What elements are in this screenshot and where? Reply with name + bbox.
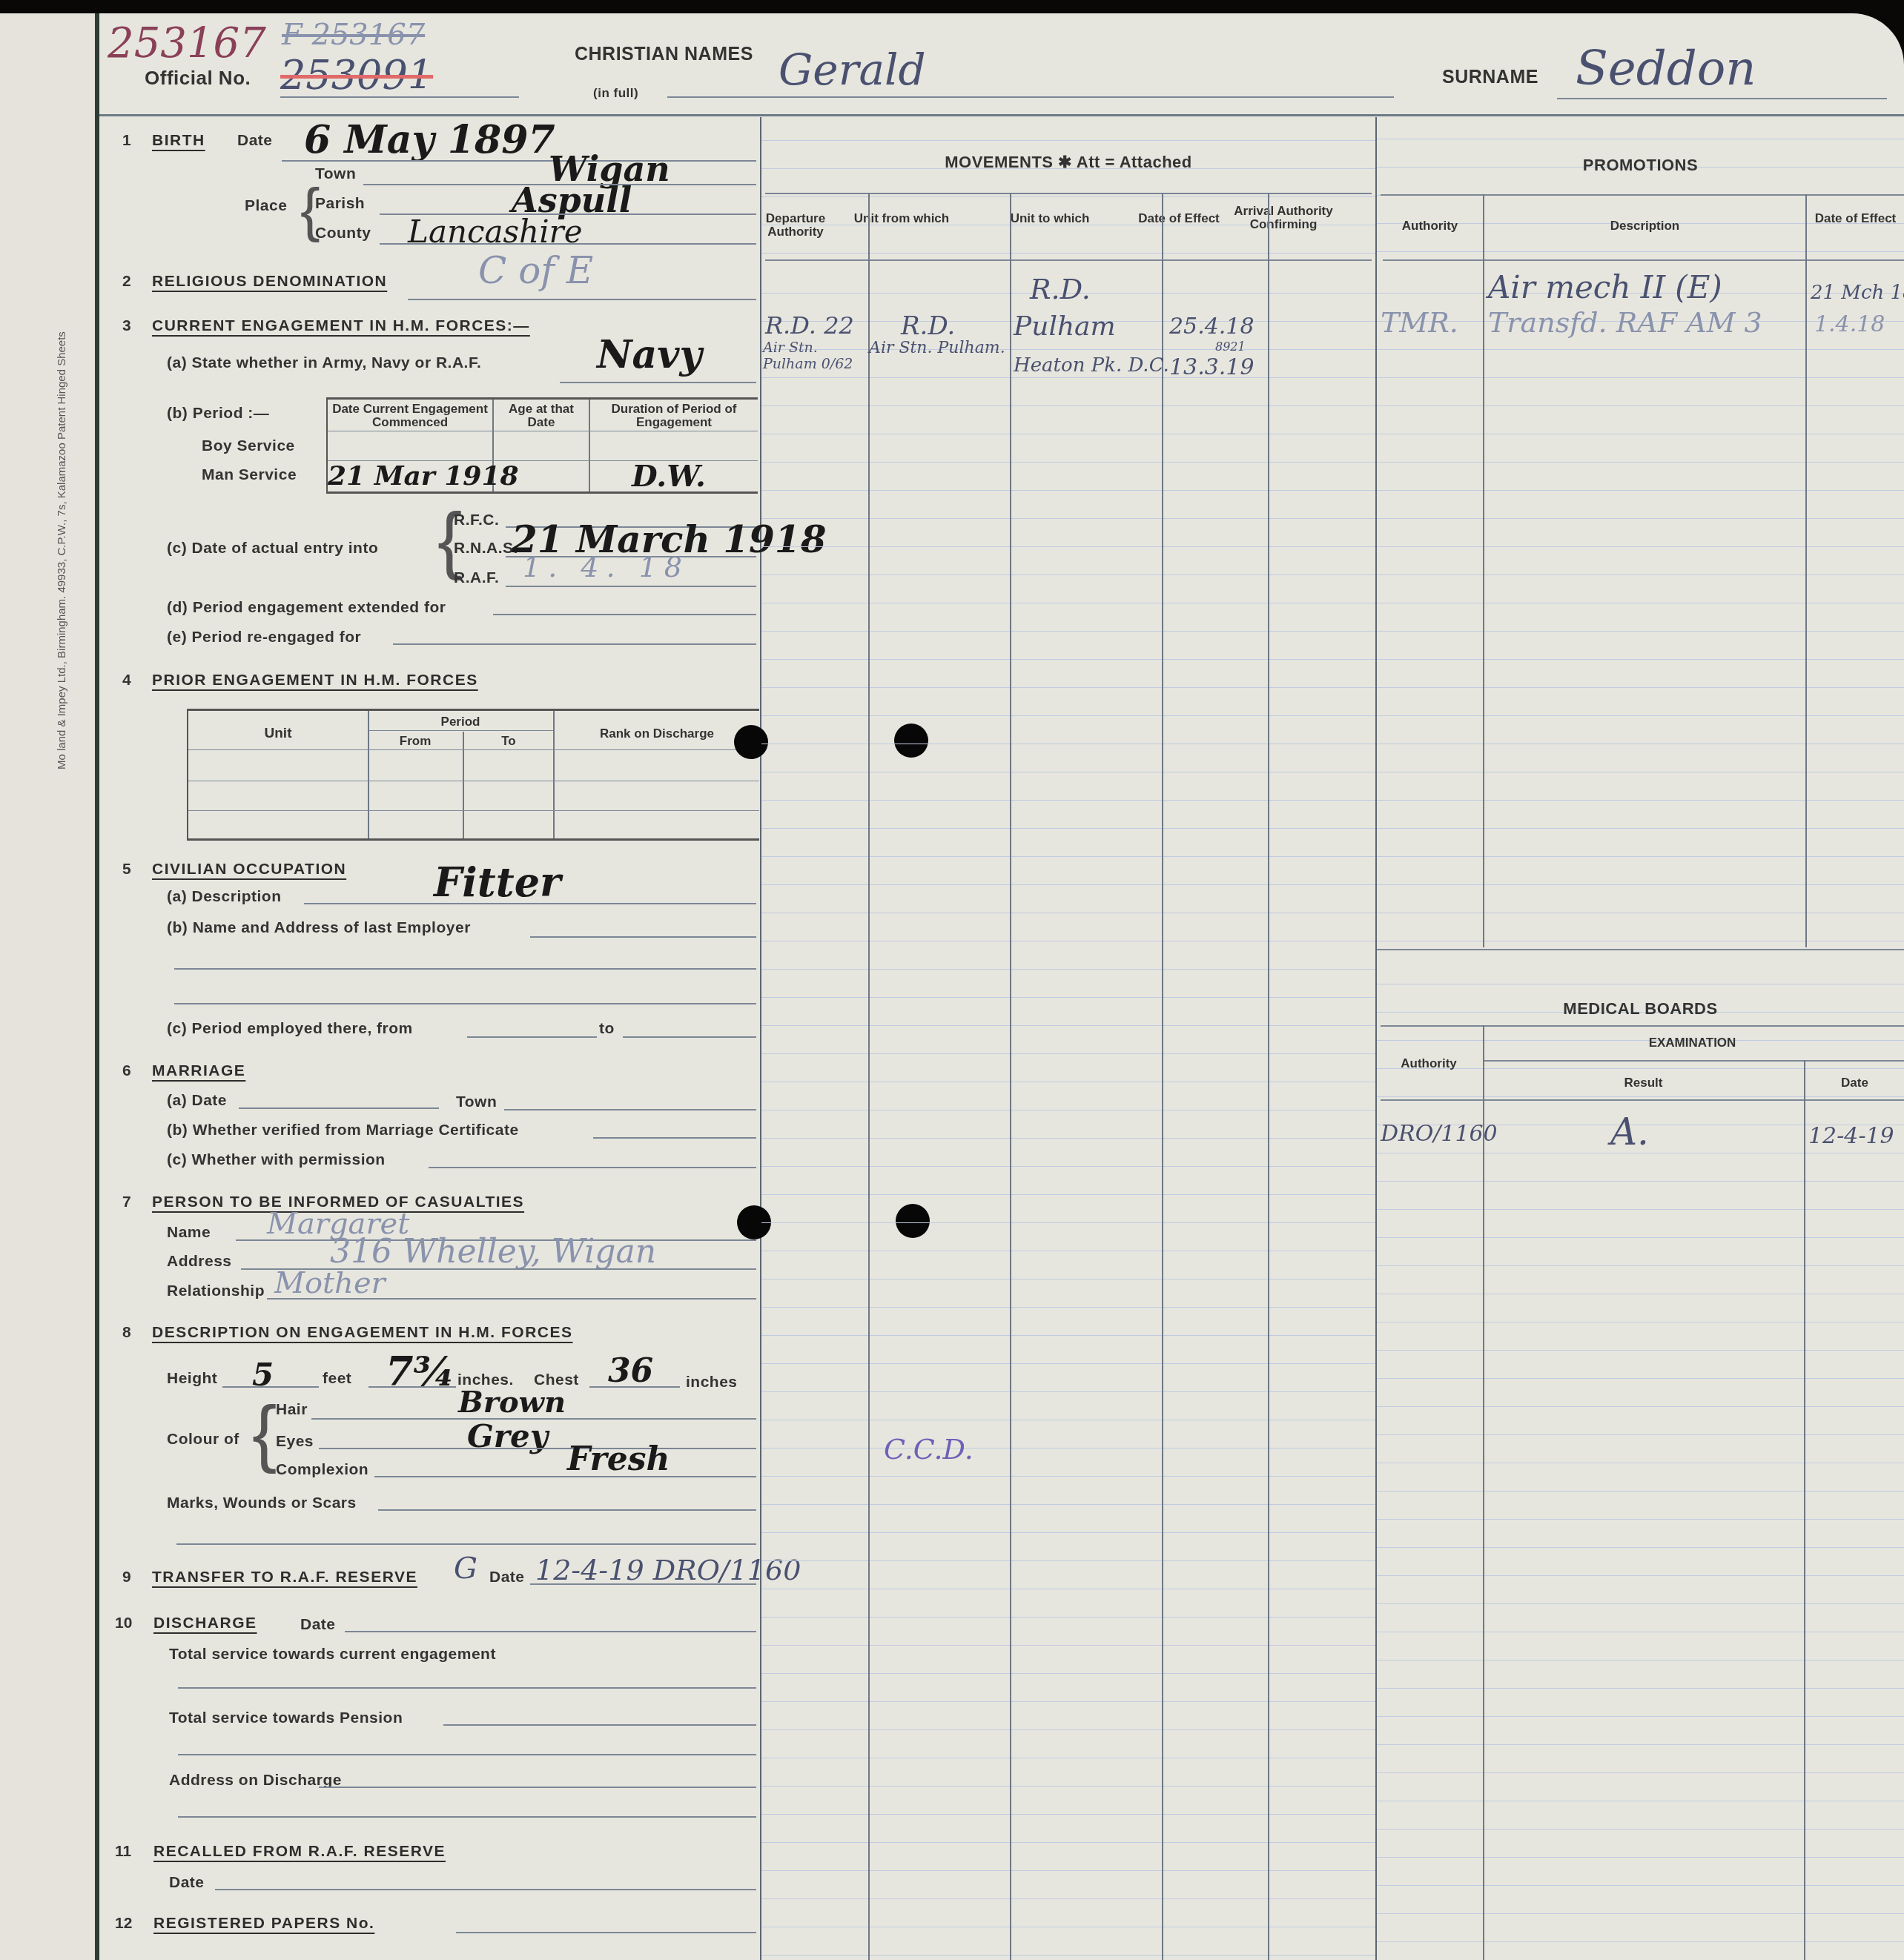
- section-number: 4: [122, 672, 131, 689]
- table-divider: [463, 732, 464, 838]
- marriage-town-line: [504, 1109, 756, 1110]
- medical-boards-panel: MEDICAL BOARDS EXAMINATION Authority Res…: [1377, 949, 1904, 1960]
- col-age: Age at that Date: [494, 403, 589, 429]
- marriage-verified-line: [593, 1137, 756, 1139]
- col-examination: EXAMINATION: [1481, 1036, 1904, 1050]
- promotions-title-rule: [1381, 194, 1904, 196]
- col-promotion-authority: Authority: [1377, 219, 1483, 233]
- boy-service-label: Boy Service: [202, 437, 295, 455]
- reserve-class-value: G: [454, 1552, 477, 1586]
- official-no-value: 253091: [280, 52, 433, 99]
- col-to: To: [464, 735, 553, 748]
- eyes-line: [319, 1448, 756, 1449]
- col-medical-date: Date: [1805, 1076, 1904, 1090]
- discharge-address-line: [319, 1787, 756, 1788]
- medical-row-date: 12-4-19: [1808, 1123, 1894, 1149]
- col-medical-authority: Authority: [1377, 1057, 1481, 1070]
- raf-label: R.A.F.: [454, 569, 499, 587]
- chest-line: [589, 1386, 680, 1388]
- contact-address-label: Address: [167, 1253, 232, 1271]
- service-branch-value: Navy: [597, 332, 702, 377]
- registered-papers-heading: REGISTERED PAPERS No.: [153, 1915, 374, 1933]
- registered-papers-line: [456, 1932, 756, 1933]
- contact-address-value: 316 Whelley, Wigan: [330, 1233, 656, 1271]
- religion-line: [408, 299, 756, 300]
- section-number: 3: [122, 317, 131, 335]
- description-heading: DESCRIPTION ON ENGAGEMENT IN H.M. FORCES: [152, 1324, 573, 1342]
- medical-row-result: A.: [1610, 1110, 1649, 1153]
- contact-relationship-value: Mother: [274, 1266, 386, 1300]
- official-no-underline: [280, 96, 519, 98]
- contact-relationship-label: Relationship: [167, 1282, 265, 1300]
- height-inches-value: 7¾: [386, 1348, 455, 1395]
- marriage-verified-label: (b) Whether verified from Marriage Certi…: [167, 1122, 519, 1139]
- extended-line: [493, 614, 756, 615]
- current-engagement-heading: CURRENT ENGAGEMENT IN H.M. FORCES:—: [152, 317, 530, 335]
- section-number: 2: [122, 273, 131, 291]
- occupation-line: [304, 903, 756, 904]
- height-label: Height: [167, 1370, 217, 1388]
- brace-icon: {: [252, 1396, 277, 1470]
- discharge-heading: DISCHARGE: [153, 1615, 257, 1632]
- medical-boards-title: MEDICAL BOARDS: [1377, 999, 1904, 1019]
- feet-label: feet: [323, 1370, 351, 1388]
- marriage-date-line: [239, 1108, 439, 1109]
- complexion-label: Complexion: [276, 1461, 368, 1479]
- christian-names-label: CHRISTIAN NAMES: [575, 44, 708, 64]
- movements-title-rule: [765, 193, 1372, 194]
- occupation-description-value: Fitter: [434, 858, 561, 906]
- movement-row-1-to: R.D.: [1030, 273, 1091, 305]
- promotion-row-1-date: 21 Mch 18: [1811, 282, 1904, 304]
- movement-row-3-from: Air Stn. Pulham.: [869, 340, 1010, 357]
- promotion-row-2-date: 1.4.18: [1814, 311, 1885, 337]
- town-label: Town: [315, 165, 356, 183]
- complexion-line: [374, 1476, 756, 1477]
- place-label: Place: [245, 197, 287, 215]
- printer-imprint: Mo land & Impey Ltd., Birmingham. 49933,…: [56, 331, 68, 769]
- medical-header-rule: [1381, 1099, 1904, 1101]
- section-number: 1: [122, 132, 131, 150]
- discharge-date-label: Date: [300, 1616, 336, 1634]
- to-line: [623, 1036, 756, 1038]
- period-label: (b) Period :—: [167, 405, 269, 423]
- birth-heading: BIRTH: [152, 132, 205, 150]
- inches-line: [368, 1386, 456, 1388]
- recalled-date-line: [215, 1889, 756, 1890]
- christian-names-underline: [667, 96, 1394, 98]
- man-service-commenced: 21 Mar 1918: [328, 460, 519, 491]
- col-divider: [1483, 194, 1484, 947]
- col-date-commenced: Date Current Engagement Commenced: [328, 403, 492, 429]
- promotions-panel: PROMOTIONS Authority Description Date of…: [1377, 117, 1904, 947]
- medical-top-rule: [1377, 949, 1904, 950]
- section-number: 12: [115, 1915, 132, 1933]
- religion-value: C of E: [478, 249, 593, 292]
- colour-of-label: Colour of: [167, 1431, 239, 1449]
- col-duration: Duration of Period of Engagement: [590, 403, 758, 429]
- employment-period-label: (c) Period employed there, from: [167, 1020, 413, 1038]
- table-divider: [553, 711, 555, 838]
- last-employer-label: (b) Name and Address of last Employer: [167, 919, 471, 937]
- birth-date-value: 6 May 1897: [304, 117, 555, 162]
- reengaged-line: [393, 643, 756, 645]
- contact-name-label: Name: [167, 1224, 211, 1242]
- col-divider: [1804, 1060, 1805, 1960]
- rnas-label: R.N.A.S.: [454, 540, 518, 557]
- col-divider: [1483, 1025, 1484, 1960]
- col-divider: [1805, 194, 1807, 947]
- marriage-permission-label: (c) Whether with permission: [167, 1151, 386, 1169]
- service-record-card: Mo land & Impey Ltd., Birmingham. 49933,…: [0, 13, 1904, 1960]
- official-no-label: Official No.: [145, 67, 251, 90]
- service-branch-label: (a) State whether in Army, Navy or R.A.F…: [167, 354, 481, 372]
- county-line: [380, 243, 756, 245]
- marriage-town-label: Town: [456, 1093, 497, 1111]
- spine-line: [95, 13, 99, 1960]
- feet-line: [222, 1386, 319, 1388]
- recalled-date-label: Date: [169, 1874, 205, 1892]
- parish-label: Parish: [315, 195, 365, 213]
- section-number: 7: [122, 1193, 131, 1211]
- occupation-description-label: (a) Description: [167, 888, 282, 906]
- extended-label: (d) Period engagement extended for: [167, 599, 446, 617]
- surname-underline: [1557, 98, 1887, 99]
- col-divider: [868, 193, 870, 1960]
- employer-line-3: [174, 1003, 756, 1004]
- movement-row-3-departure: Air Stn. Pulham 0/62: [763, 340, 867, 372]
- section-number: 6: [122, 1062, 131, 1080]
- col-promotion-description: Description: [1484, 219, 1805, 233]
- col-unit-to: Unit to which: [974, 212, 1126, 225]
- birth-date-label: Date: [237, 132, 273, 150]
- discharge-address-label: Address on Discharge: [169, 1772, 342, 1790]
- promotions-title: PROMOTIONS: [1377, 156, 1904, 175]
- col-period: Period: [368, 715, 553, 729]
- surname-label: SURNAME: [1442, 67, 1538, 88]
- promotion-row-1-description: Air mech II (E): [1488, 269, 1722, 305]
- transfer-date-line: [530, 1583, 756, 1585]
- transfer-reserve-heading: TRANSFER TO R.A.F. RESERVE: [152, 1569, 417, 1586]
- col-promotion-date: Date of Effect: [1807, 212, 1904, 225]
- total-pension-line: [443, 1724, 756, 1726]
- table-divider: [188, 781, 759, 781]
- movement-annotation: C.C.D.: [884, 1433, 974, 1466]
- movement-row-2-from: R.D.: [901, 311, 955, 341]
- man-service-duration: D.W.: [632, 459, 706, 494]
- col-from: From: [368, 735, 463, 748]
- movement-row-3-date: 13.3.19: [1169, 354, 1255, 380]
- movement-row-3-to: Heaton Pk. D.C.: [1014, 354, 1169, 377]
- eyes-label: Eyes: [276, 1433, 314, 1451]
- col-arrival-authority: Arrival Authority Confirming: [1232, 205, 1335, 231]
- reengaged-label: (e) Period re-engaged for: [167, 629, 361, 646]
- prior-engagement-table: Unit Period From To Rank on Discharge: [187, 709, 759, 841]
- marriage-date-label: (a) Date: [167, 1092, 227, 1110]
- movement-row-2-date: 25.4.18: [1169, 314, 1255, 340]
- marriage-permission-line: [429, 1167, 756, 1168]
- branch-line: [560, 382, 756, 383]
- examination-rule: [1483, 1060, 1904, 1062]
- total-pension-line-2: [178, 1754, 756, 1755]
- col-date-of-effect: Date of Effect: [1128, 212, 1230, 225]
- movements-title: MOVEMENTS ✱ Att = Attached: [761, 153, 1375, 172]
- total-pension-label: Total service towards Pension: [169, 1709, 403, 1727]
- county-label: County: [315, 225, 371, 242]
- col-divider: [1268, 193, 1269, 1960]
- recalled-heading: RECALLED FROM R.A.F. RESERVE: [153, 1843, 446, 1861]
- medical-row-authority: DRO/1160: [1381, 1121, 1498, 1147]
- medical-title-rule: [1381, 1025, 1904, 1027]
- col-unit: Unit: [188, 727, 368, 741]
- struck-number: F 253167: [282, 18, 425, 52]
- man-service-label: Man Service: [202, 466, 297, 484]
- entry-date-label: (c) Date of actual entry into: [167, 540, 378, 557]
- section-number: 5: [122, 861, 131, 878]
- movement-row-3-date-note: 8921: [1215, 340, 1246, 354]
- transfer-date-label: Date: [489, 1569, 525, 1586]
- movements-header-rule: [765, 259, 1372, 261]
- movement-row-2-departure: R.D. 22: [765, 311, 854, 340]
- religion-heading: RELIGIOUS DENOMINATION: [152, 273, 387, 291]
- rfc-label: R.F.C.: [454, 511, 499, 529]
- table-divider: [188, 749, 759, 750]
- table-divider: [369, 730, 553, 731]
- hair-label: Hair: [276, 1401, 308, 1419]
- employer-line-2: [174, 968, 756, 970]
- col-unit-from: Unit from which: [831, 212, 972, 225]
- contact-relationship-line: [267, 1298, 756, 1300]
- col-medical-result: Result: [1483, 1076, 1804, 1090]
- col-divider: [1162, 193, 1163, 1960]
- hair-value: Brown: [458, 1385, 566, 1420]
- section-number: 9: [122, 1569, 131, 1586]
- complexion-value: Fresh: [567, 1440, 670, 1478]
- col-divider: [1010, 193, 1011, 1960]
- to-label: to: [599, 1020, 615, 1038]
- total-current-label: Total service towards current engagement: [169, 1646, 496, 1663]
- col-departure-authority: Departure Authority: [761, 212, 830, 239]
- prior-engagement-heading: PRIOR ENGAGEMENT IN H.M. FORCES: [152, 672, 478, 689]
- col-rank: Rank on Discharge: [555, 727, 759, 741]
- movements-panel: MOVEMENTS ✱ Att = Attached Departure Aut…: [761, 117, 1375, 1960]
- surname-value: Seddon: [1576, 42, 1756, 96]
- hinge-stub: [0, 13, 96, 1960]
- movement-row-2-to: Pulham: [1014, 311, 1116, 342]
- raf-value: 1. 4. 18: [523, 551, 690, 583]
- table-divider: [328, 431, 758, 431]
- promotion-row-2-authority: TMR.: [1381, 306, 1458, 339]
- in-full-label: (in full): [593, 86, 638, 101]
- birth-date-line: [282, 160, 756, 162]
- table-divider: [589, 400, 590, 491]
- total-current-line: [178, 1687, 756, 1689]
- marriage-heading: MARRIAGE: [152, 1062, 245, 1080]
- period-table: Date Current Engagement Commenced Age at…: [326, 397, 758, 494]
- section-number: 10: [115, 1615, 132, 1632]
- raf-line: [506, 586, 756, 587]
- chest-value: 36: [608, 1352, 653, 1390]
- service-number-top: 253167: [108, 19, 266, 67]
- section-number: 11: [115, 1843, 131, 1861]
- promotions-header-rule: [1383, 259, 1904, 261]
- promotion-row-2-description: Transfd. RAF AM 3: [1488, 306, 1762, 339]
- marks-label: Marks, Wounds or Scars: [167, 1494, 357, 1512]
- chest-inches-label: inches: [686, 1374, 738, 1391]
- christian-names-value: Gerald: [779, 44, 926, 95]
- civilian-occupation-heading: CIVILIAN OCCUPATION: [152, 861, 346, 878]
- from-line: [467, 1036, 597, 1038]
- employer-line: [530, 936, 756, 938]
- table-divider: [188, 810, 759, 811]
- marks-line: [378, 1509, 756, 1511]
- header-divider: [99, 114, 1904, 116]
- discharge-date-line: [345, 1631, 756, 1632]
- marks-line-2: [176, 1543, 756, 1545]
- section-number: 8: [122, 1324, 131, 1342]
- discharge-address-line-2: [178, 1816, 756, 1818]
